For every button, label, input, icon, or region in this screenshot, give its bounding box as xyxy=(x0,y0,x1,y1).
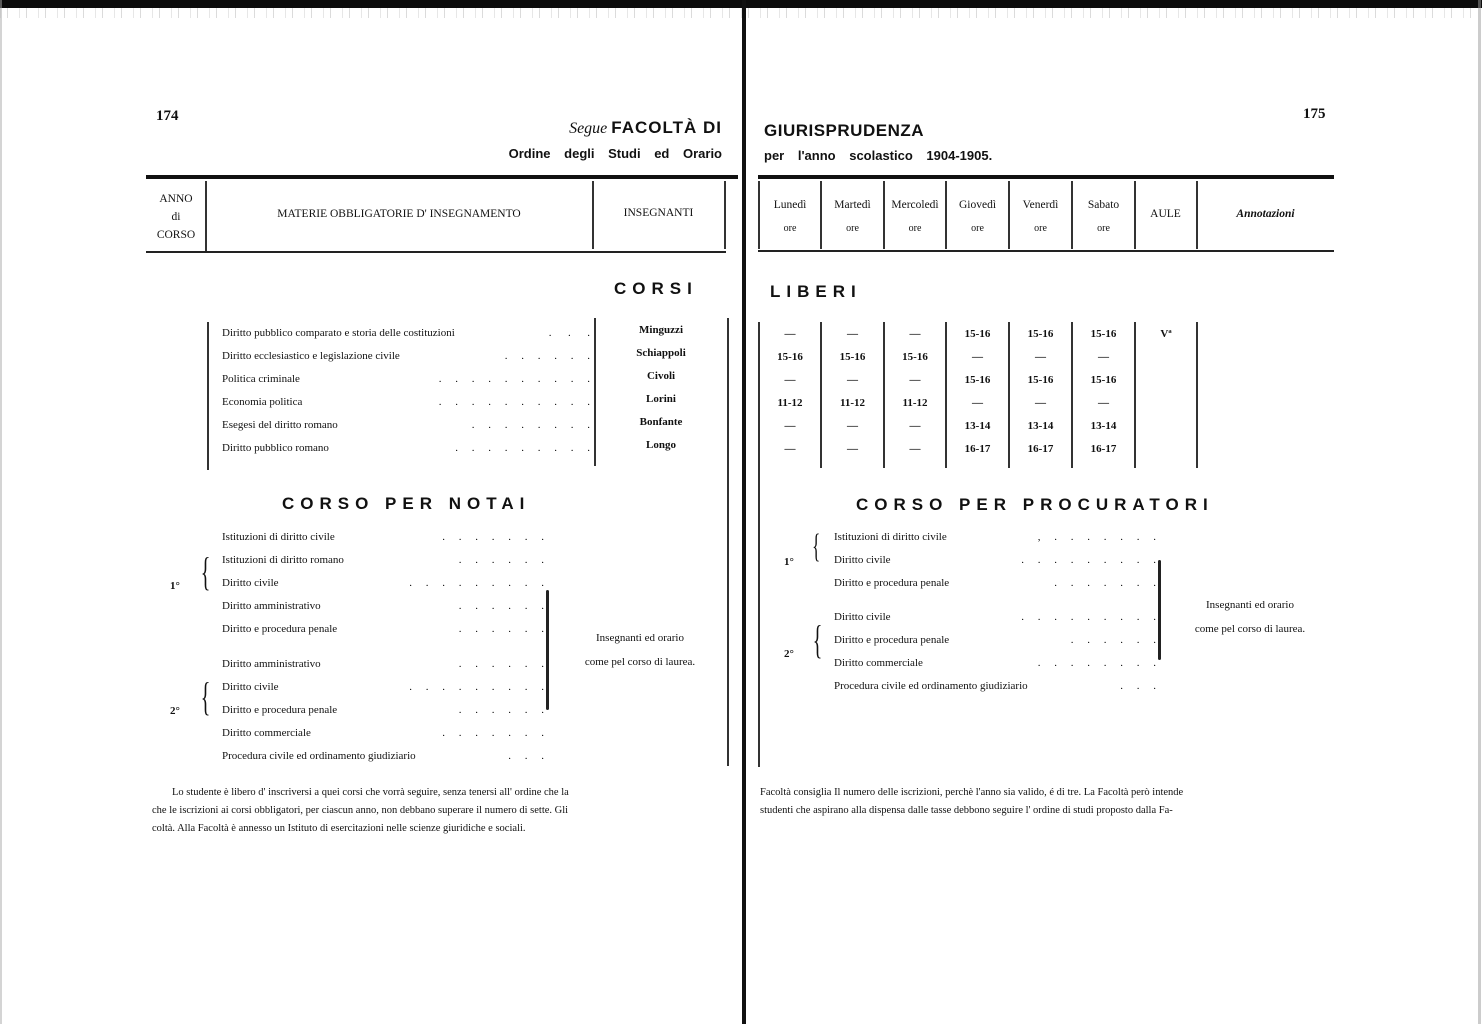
column-divider xyxy=(724,181,726,249)
materia: Diritto civile xyxy=(222,681,279,704)
column-divider xyxy=(727,318,729,766)
cell-giovedi: 13-14 xyxy=(946,420,1009,443)
cell-lunedi: — xyxy=(759,443,821,466)
materia: Diritto e procedura penale xyxy=(834,577,949,600)
materia: Diritto e procedura penale xyxy=(834,634,949,657)
day-label: Giovedì xyxy=(946,194,1009,217)
header-di: di xyxy=(148,208,204,226)
list-item: Diritto pubblico romano. . . . . . . . . xyxy=(222,442,590,465)
list-item: Esegesi del diritto romano. . . . . . . … xyxy=(222,419,590,442)
unit-label: ore xyxy=(884,217,946,240)
scan-noise xyxy=(0,8,1482,18)
note-line: Insegnanti ed orario xyxy=(560,626,720,650)
materia: Procedura civile ed ordinamento giudizia… xyxy=(834,680,1028,703)
cell-giovedi: — xyxy=(946,351,1009,374)
cell-venerdi: 16-17 xyxy=(1009,443,1072,466)
unit-label: ore xyxy=(759,217,821,240)
book-spine xyxy=(742,0,746,1024)
procuratori-year2-list: Diritto civile. . . . . . . . . Diritto … xyxy=(834,611,1156,703)
cell-sabato: 15-16 xyxy=(1072,328,1135,351)
subtitle-right: per l'anno scolastico 1904-1905. xyxy=(764,148,992,163)
header-giovedi: Giovedìore xyxy=(946,194,1009,240)
table-row: — — — 13-14 13-14 13-14 xyxy=(759,420,1197,443)
materia: Diritto civile xyxy=(834,611,891,634)
list-item: Diritto civile. . . . . . . . . xyxy=(834,554,1156,577)
brace-icon xyxy=(546,590,549,710)
note-line: come pel corso di laurea. xyxy=(560,650,720,674)
scan-top-edge xyxy=(0,0,1482,8)
cell-lunedi: — xyxy=(759,420,821,443)
cell-giovedi: — xyxy=(946,397,1009,420)
list-item: Diritto civile. . . . . . . . . xyxy=(222,681,544,704)
list-item: Economia politica. . . . . . . . . . xyxy=(222,396,590,419)
materia: Diritto commerciale xyxy=(222,727,311,750)
list-item: Diritto amministrativo. . . . . . xyxy=(222,658,544,681)
list-item: Diritto commerciale. . . . . . . . xyxy=(834,657,1156,680)
header-venerdi: Venerdìore xyxy=(1009,194,1072,240)
year-label-1: 1° xyxy=(784,556,794,568)
corsi-liberi-list: Diritto pubblico comparato e storia dell… xyxy=(222,327,590,465)
brace-icon: { xyxy=(813,620,823,710)
materia: Diritto commerciale xyxy=(834,657,923,680)
header-sabato: Sabatoore xyxy=(1072,194,1135,240)
cell-giovedi: 16-17 xyxy=(946,443,1009,466)
cell-lunedi: — xyxy=(759,328,821,351)
materia: Diritto ecclesiastico e legislazione civ… xyxy=(222,350,400,373)
header-rule-bottom xyxy=(758,250,1334,252)
list-item: Diritto e procedura penale. . . . . . xyxy=(222,704,544,727)
table-row: — — — 16-17 16-17 16-17 xyxy=(759,443,1197,466)
title-prefix: Segue xyxy=(569,120,607,137)
cell-giovedi: 15-16 xyxy=(946,328,1009,351)
list-item: Politica criminale. . . . . . . . . . xyxy=(222,373,590,396)
procuratori-note: Insegnanti ed orario come pel corso di l… xyxy=(1170,593,1330,641)
cell-martedi: — xyxy=(821,328,884,351)
paragraph-line: Facoltà consiglia Il numero delle iscriz… xyxy=(760,784,1332,802)
list-item: Diritto e procedura penale. . . . . . xyxy=(834,634,1156,657)
section-heading-liberi: LIBERI xyxy=(770,282,862,302)
cell-lunedi: — xyxy=(759,374,821,397)
insegnante: Civoli xyxy=(600,370,722,393)
page-number-right: 175 xyxy=(1303,106,1326,123)
notai-note: Insegnanti ed orario come pel corso di l… xyxy=(560,626,720,674)
paragraph-line: che le iscrizioni ai corsi obbligatori, … xyxy=(152,802,727,820)
table-row: 15-16 15-16 15-16 — — — xyxy=(759,351,1197,374)
cell-martedi: — xyxy=(821,420,884,443)
header-insegnanti: INSEGNANTI xyxy=(593,204,724,222)
cell-mercoledi: — xyxy=(884,374,946,397)
page-number-left: 174 xyxy=(156,108,179,125)
cell-sabato: — xyxy=(1072,397,1135,420)
list-item: Istituzioni di diritto civile. . . . . .… xyxy=(222,531,544,554)
cell-mercoledi: — xyxy=(884,328,946,351)
section-heading-procuratori: CORSO PER PROCURATORI xyxy=(856,495,1214,515)
footer-text-right: Facoltà consiglia Il numero delle iscriz… xyxy=(760,784,1332,820)
footer-text-left: Lo studente è libero d' inscriversi a qu… xyxy=(152,784,727,838)
header-lunedi: Lunedìore xyxy=(759,194,821,240)
note-line: Insegnanti ed orario xyxy=(1170,593,1330,617)
insegnante: Schiappoli xyxy=(600,347,722,370)
insegnante: Bonfante xyxy=(600,416,722,439)
scan-right-edge xyxy=(1478,0,1481,1024)
header-materie: MATERIE OBBLIGATORIE D' INSEGNAMENTO xyxy=(206,205,592,223)
insegnante: Longo xyxy=(600,439,722,462)
day-label: Sabato xyxy=(1072,194,1135,217)
header-rule-bottom xyxy=(146,251,726,253)
day-label: Venerdì xyxy=(1009,194,1072,217)
year-label-2: 2° xyxy=(784,648,794,660)
notai-year2-list: Diritto amministrativo. . . . . . Diritt… xyxy=(222,658,544,773)
cell-sabato: 13-14 xyxy=(1072,420,1135,443)
cell-martedi: — xyxy=(821,374,884,397)
materia: Procedura civile ed ordinamento giudizia… xyxy=(222,750,416,773)
cell-sabato: 15-16 xyxy=(1072,374,1135,397)
unit-label: ore xyxy=(946,217,1009,240)
header-corso: CORSO xyxy=(148,226,204,244)
cell-aula xyxy=(1135,351,1197,374)
cell-mercoledi: 11-12 xyxy=(884,397,946,420)
list-item: Procedura civile ed ordinamento giudizia… xyxy=(222,750,544,773)
section-heading-corsi: CORSI xyxy=(614,279,698,299)
list-item: Diritto e procedura penale. . . . . . xyxy=(222,623,544,646)
header-mercoledi: Mercoledìore xyxy=(884,194,946,240)
cell-sabato: 16-17 xyxy=(1072,443,1135,466)
notai-year1-list: Istituzioni di diritto civile. . . . . .… xyxy=(222,531,544,646)
header-aule: AULE xyxy=(1135,205,1196,223)
unit-label: ore xyxy=(821,217,884,240)
cell-venerdi: 13-14 xyxy=(1009,420,1072,443)
cell-venerdi: — xyxy=(1009,351,1072,374)
table-row: 11-12 11-12 11-12 — — — xyxy=(759,397,1197,420)
cell-venerdi: — xyxy=(1009,397,1072,420)
note-line: come pel corso di laurea. xyxy=(1170,617,1330,641)
insegnante: Minguzzi xyxy=(600,324,722,347)
unit-label: ore xyxy=(1009,217,1072,240)
header-annotazioni: Annotazioni xyxy=(1197,205,1334,223)
cell-martedi: 15-16 xyxy=(821,351,884,374)
list-item: Istituzioni di diritto civile, . . . . .… xyxy=(834,531,1156,554)
materia: Diritto civile xyxy=(222,577,279,600)
header-rule-top xyxy=(146,175,738,179)
list-item: Diritto pubblico comparato e storia dell… xyxy=(222,327,590,350)
list-item: Diritto ecclesiastico e legislazione civ… xyxy=(222,350,590,373)
cell-mercoledi: — xyxy=(884,443,946,466)
cell-lunedi: 11-12 xyxy=(759,397,821,420)
cell-aula xyxy=(1135,443,1197,466)
schedule-table: — — — 15-16 15-16 15-16 Vª 15-16 15-16 1… xyxy=(759,328,1197,466)
paragraph-line: Lo studente è libero d' inscriversi a qu… xyxy=(152,784,727,802)
brace-icon: { xyxy=(812,530,820,600)
cell-martedi: 11-12 xyxy=(821,397,884,420)
materia: Diritto pubblico comparato e storia dell… xyxy=(222,327,455,350)
header-anno: ANNO xyxy=(148,190,204,208)
list-item: Diritto civile. . . . . . . . . xyxy=(222,577,544,600)
cell-aula xyxy=(1135,374,1197,397)
paragraph-line: studenti che aspirano alla dispensa dall… xyxy=(760,802,1332,820)
cell-venerdi: 15-16 xyxy=(1009,328,1072,351)
subtitle-left: Ordine degli Studi ed Orario xyxy=(420,146,722,161)
procuratori-year1-list: Istituzioni di diritto civile, . . . . .… xyxy=(834,531,1156,600)
list-item: Diritto commerciale. . . . . . . xyxy=(222,727,544,750)
list-item: Istituzioni di diritto romano. . . . . . xyxy=(222,554,544,577)
table-row: — — — 15-16 15-16 15-16 Vª xyxy=(759,328,1197,351)
paragraph-line: coltà. Alla Facoltà è annesso un Istitut… xyxy=(152,820,727,838)
year-label-1: 1° xyxy=(170,580,180,592)
materia: Istituzioni di diritto romano xyxy=(222,554,344,577)
materia: Economia politica xyxy=(222,396,302,419)
materia: Diritto e procedura penale xyxy=(222,623,337,646)
header-rule-top xyxy=(758,175,1334,179)
day-label: Mercoledì xyxy=(884,194,946,217)
page-title-right: GIURISPRUDENZA xyxy=(764,121,924,141)
materia: Esegesi del diritto romano xyxy=(222,419,338,442)
column-divider xyxy=(594,318,596,466)
year-label-2: 2° xyxy=(170,705,180,717)
list-item: Diritto amministrativo. . . . . . xyxy=(222,600,544,623)
materia: Politica criminale xyxy=(222,373,300,396)
cell-venerdi: 15-16 xyxy=(1009,374,1072,397)
list-item: Diritto e procedura penale. . . . . . . xyxy=(834,577,1156,600)
materia: Diritto e procedura penale xyxy=(222,704,337,727)
page-title-left: Segue FACOLTÀ DI xyxy=(500,118,722,138)
brace-icon: { xyxy=(201,677,211,767)
table-row: — — — 15-16 15-16 15-16 xyxy=(759,374,1197,397)
materia: Istituzioni di diritto civile xyxy=(834,531,947,554)
insegnanti-list: Minguzzi Schiappoli Civoli Lorini Bonfan… xyxy=(600,324,722,462)
section-heading-notai: CORSO PER NOTAI xyxy=(282,494,530,514)
day-label: Martedì xyxy=(821,194,884,217)
scan-left-edge xyxy=(0,0,2,1024)
cell-aula xyxy=(1135,420,1197,443)
cell-mercoledi: — xyxy=(884,420,946,443)
cell-lunedi: 15-16 xyxy=(759,351,821,374)
cell-aula xyxy=(1135,397,1197,420)
cell-martedi: — xyxy=(821,443,884,466)
list-item: Diritto civile. . . . . . . . . xyxy=(834,611,1156,634)
cell-giovedi: 15-16 xyxy=(946,374,1009,397)
day-label: Lunedì xyxy=(759,194,821,217)
column-divider xyxy=(207,322,209,470)
materia: Diritto amministrativo xyxy=(222,600,321,623)
title-main-left: FACOLTÀ DI xyxy=(611,118,722,137)
cell-mercoledi: 15-16 xyxy=(884,351,946,374)
insegnante: Lorini xyxy=(600,393,722,416)
list-item: Procedura civile ed ordinamento giudizia… xyxy=(834,680,1156,703)
materia: Diritto amministrativo xyxy=(222,658,321,681)
materia: Diritto pubblico romano xyxy=(222,442,329,465)
header-anno-di-corso: ANNO di CORSO xyxy=(148,190,204,244)
cell-aula: Vª xyxy=(1135,328,1197,351)
header-martedi: Martedìore xyxy=(821,194,884,240)
day-headers: Lunedìore Martedìore Mercoledìore Gioved… xyxy=(759,194,1135,240)
unit-label: ore xyxy=(1072,217,1135,240)
brace-icon: { xyxy=(201,552,211,642)
materia: Istituzioni di diritto civile xyxy=(222,531,335,554)
materia: Diritto civile xyxy=(834,554,891,577)
brace-icon xyxy=(1158,560,1161,660)
cell-sabato: — xyxy=(1072,351,1135,374)
